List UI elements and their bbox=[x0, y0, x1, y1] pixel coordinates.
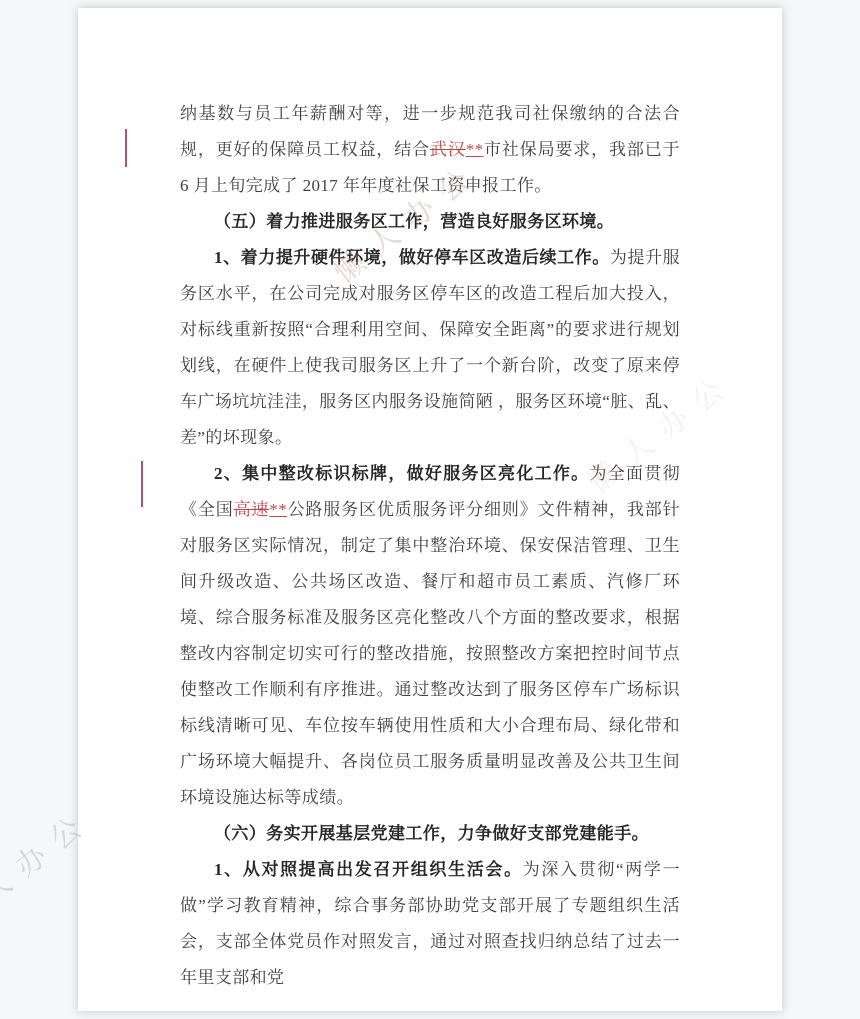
paragraph: （五）着力推进服务区工作，营造良好服务区环境。 bbox=[180, 204, 680, 240]
text-run-inserted: ** bbox=[269, 500, 287, 519]
text-run-inserted: ** bbox=[466, 140, 484, 159]
text-run-bold: （五）着力推进服务区工作，营造良好服务区环境。 bbox=[214, 212, 614, 231]
text-run-bold: 1、从对照提高出发召开组织生活会。 bbox=[214, 860, 523, 879]
paragraph: 2、集中整改标识标牌，做好服务区亮化工作。为全面贯彻《全国高速**公路服务区优质… bbox=[180, 456, 680, 816]
text-run-bold: 1、着力提升硬件环境，做好停车区改造后续工作。 bbox=[214, 248, 610, 267]
paragraph: 1、着力提升硬件环境，做好停车区改造后续工作。为提升服务区水平，在公司完成对服务… bbox=[180, 240, 680, 456]
text-run-normal: 为提升服务区水平，在公司完成对服务区停车区的改造工程后加大投入，对标线重新按照“… bbox=[180, 248, 680, 447]
document-canvas: 纳基数与员工年薪酬对等，进一步规范我司社保缴纳的合法合规，更好的保障员工权益，结… bbox=[0, 0, 860, 1019]
paragraph: 纳基数与员工年薪酬对等，进一步规范我司社保缴纳的合法合规，更好的保障员工权益，结… bbox=[180, 96, 680, 204]
text-run-deleted: 武汉 bbox=[430, 140, 466, 159]
text-run-normal: 公路服务区优质服务评分细则》文件精神，我部针对服务区实际情况，制定了集中整治环境… bbox=[180, 500, 680, 807]
document-content: 纳基数与员工年薪酬对等，进一步规范我司社保缴纳的合法合规，更好的保障员工权益，结… bbox=[180, 96, 680, 996]
text-run-bold: （六）务实开展基层党建工作，力争做好支部党建能手。 bbox=[214, 824, 649, 843]
revision-change-bar bbox=[141, 461, 143, 507]
document-page: 纳基数与员工年薪酬对等，进一步规范我司社保缴纳的合法合规，更好的保障员工权益，结… bbox=[78, 8, 782, 1011]
paragraph: （六）务实开展基层党建工作，力争做好支部党建能手。 bbox=[180, 816, 680, 852]
revision-change-bar bbox=[125, 129, 127, 167]
paragraph: 1、从对照提高出发召开组织生活会。为深入贯彻“两学一做”学习教育精神，综合事务部… bbox=[180, 852, 680, 996]
text-run-bold: 2、集中整改标识标牌，做好服务区亮化工作。 bbox=[214, 464, 589, 483]
text-run-deleted: 高速 bbox=[234, 500, 270, 519]
text-run-normal: 为深入贯彻“两学一做”学习教育精神，综合事务部协助党支部开展了专题组织生活会，支… bbox=[180, 860, 680, 987]
